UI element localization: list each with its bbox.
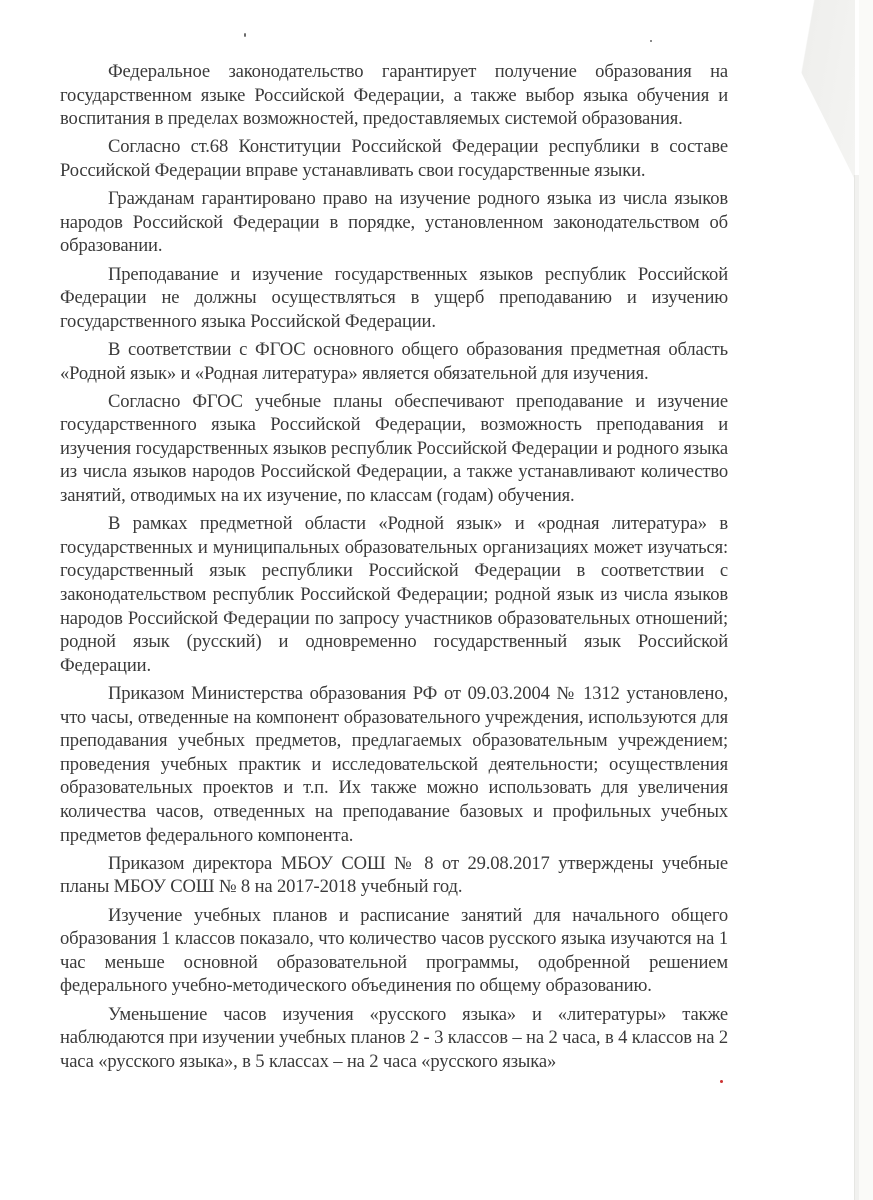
scan-margin-strip (859, 0, 873, 1200)
scan-speck (650, 40, 652, 42)
scan-speck (244, 33, 246, 37)
paragraph-fgos-curricula: Согласно ФГОС учебные планы обеспечивают… (60, 390, 728, 508)
page-fold-edge (763, 0, 873, 1200)
paragraph-ministry-order-1312: Приказом Министерства образования РФ от … (60, 682, 728, 847)
paragraph-fgos-subject-area: В соответствии с ФГОС основного общего о… (60, 338, 728, 385)
paper-edge (854, 175, 859, 1200)
paragraph-hours-reduction: Уменьшение часов изучения «русского язык… (60, 1003, 728, 1074)
document-body: Федеральное законодательство гарантирует… (60, 60, 728, 1078)
folded-corner (765, 0, 855, 180)
scan-speck (720, 1080, 723, 1083)
paragraph-federal-law: Федеральное законодательство гарантирует… (60, 60, 728, 131)
paragraph-director-order: Приказом директора МБОУ СОШ № 8 от 29.08… (60, 852, 728, 899)
paragraph-subject-area-scope: В рамках предметной области «Родной язык… (60, 512, 728, 677)
paragraph-grade1-findings: Изучение учебных планов и расписание зан… (60, 904, 728, 998)
paragraph-constitution-art68: Согласно ст.68 Конституции Российской Фе… (60, 135, 728, 182)
paragraph-native-language-right: Гражданам гарантировано право на изучени… (60, 187, 728, 258)
paragraph-republic-languages: Преподавание и изучение государственных … (60, 263, 728, 334)
scanned-page: Федеральное законодательство гарантирует… (0, 0, 873, 1200)
